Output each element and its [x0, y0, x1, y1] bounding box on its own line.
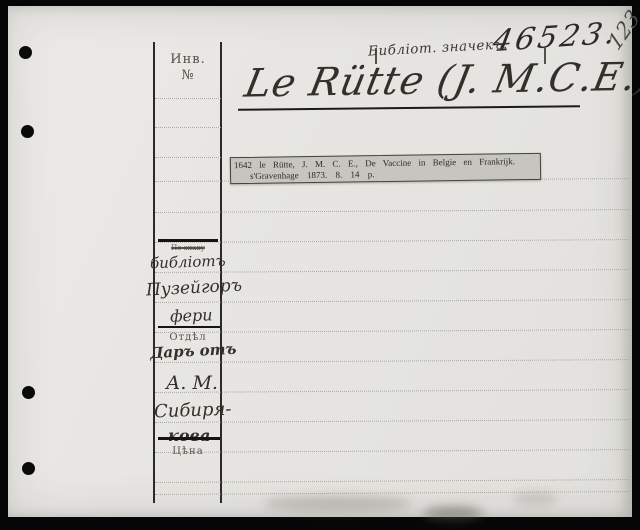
punch-hole: [21, 125, 34, 138]
ruled-line: [155, 98, 221, 100]
ruled-line: [155, 269, 629, 274]
ruled-line: [155, 127, 221, 129]
library-mark-annotation: Библіот. значекъ.: [368, 36, 508, 59]
ruled-line: [155, 329, 629, 334]
handwritten-note: Пузейгоръ: [146, 276, 243, 301]
gift-inscription: А. М.: [166, 372, 218, 394]
column-divider: [158, 239, 218, 242]
gift-inscription: Даръ отъ: [150, 340, 237, 363]
ink-smudge: [423, 506, 483, 520]
scanned-library-card: Инв. № По знаку библіотъ Пузейгоръ фери …: [0, 0, 640, 530]
underline: [158, 437, 220, 440]
ruled-line: [155, 299, 629, 304]
number-sign: №: [155, 68, 221, 84]
gift-inscription: кова: [168, 426, 210, 445]
inventory-label: Инв.: [155, 52, 221, 68]
handwritten-note: фери: [170, 305, 213, 325]
ruled-line: [155, 479, 629, 484]
ruled-line: [155, 239, 629, 244]
ruled-line: [155, 209, 629, 214]
author-heading: Le Rütte (J. М.С.Е.).: [241, 54, 640, 106]
printed-catalog-label: 1642 le Rütte, J. M. C. E., De Vaccine i…: [230, 153, 541, 184]
ruled-line: [155, 389, 629, 394]
ruled-line: [155, 491, 629, 496]
ruled-line: [155, 157, 221, 159]
ruled-line: [155, 359, 629, 364]
gift-inscription: Сибиря-: [154, 399, 232, 423]
price-label: Цѣна: [155, 446, 221, 457]
punch-hole: [22, 386, 35, 399]
ink-smudge: [513, 492, 558, 506]
heading-underline: [238, 105, 580, 111]
struck-printed-note: По знаку: [155, 244, 221, 252]
punch-hole: [22, 462, 35, 475]
ruled-line: [155, 449, 629, 454]
punch-hole: [19, 46, 32, 59]
handwritten-note: библіотъ: [150, 252, 226, 273]
accession-number: 46523.: [490, 16, 621, 59]
underline: [158, 326, 220, 328]
inventory-number-header: Инв. №: [155, 52, 221, 84]
card-paper: Инв. № По знаку библіотъ Пузейгоръ фери …: [8, 6, 632, 517]
ink-smudge: [263, 496, 413, 512]
